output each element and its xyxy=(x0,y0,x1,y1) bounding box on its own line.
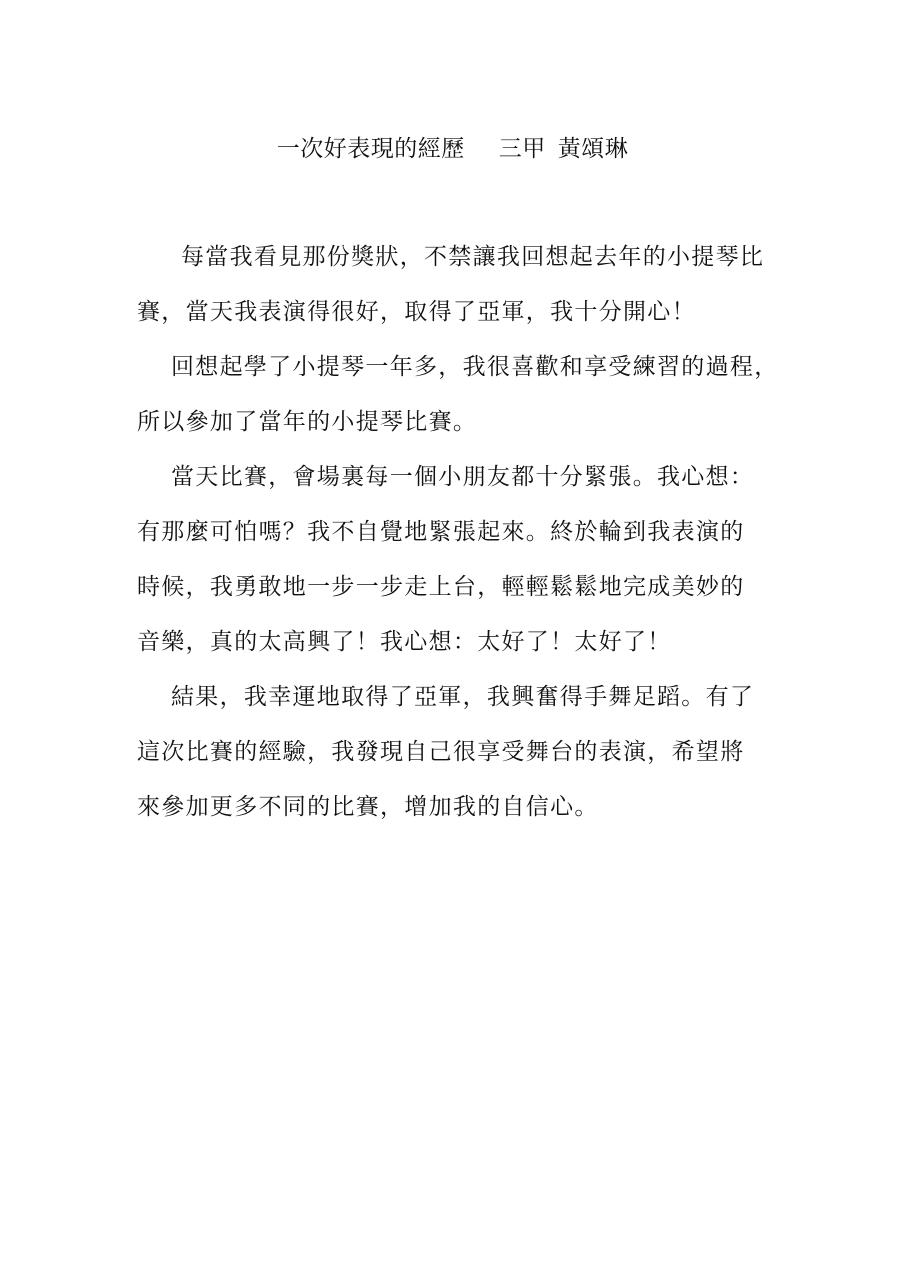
paragraph-line: 結果，我幸運地取得了亞軍，我興奮得手舞足蹈。有了 xyxy=(137,678,797,733)
paragraph-2: 回想起學了小提琴一年多，我很喜歡和享受練習的過程， 所以參加了當年的小提琴比賽。 xyxy=(137,348,797,458)
paragraph-3: 當天比賽，會場裏每一個小朋友都十分緊張。我心想： 有那麼可怕嗎？我不自覺地緊張起… xyxy=(137,458,797,678)
paragraph-line: 這次比賽的經驗，我發現自己很享受舞台的表演，希望將 xyxy=(137,733,797,788)
class-label: 三甲 xyxy=(499,136,546,162)
paragraph-line: 來參加更多不同的比賽，增加我的自信心。 xyxy=(137,788,797,843)
paragraph-4: 結果，我幸運地取得了亞軍，我興奮得手舞足蹈。有了 這次比賽的經驗，我發現自己很享… xyxy=(137,678,797,843)
paragraph-line: 所以參加了當年的小提琴比賽。 xyxy=(137,403,797,458)
document-page: 一次好表現的經歷三甲黃頌琳 每當我看見那份獎狀，不禁讓我回想起去年的小提琴比 賽… xyxy=(0,0,905,1280)
paragraph-1: 每當我看見那份獎狀，不禁讓我回想起去年的小提琴比 賽，當天我表演得很好，取得了亞… xyxy=(137,238,797,348)
paragraph-line: 當天比賽，會場裏每一個小朋友都十分緊張。我心想： xyxy=(137,458,797,513)
paragraph-line: 有那麼可怕嗎？我不自覺地緊張起來。終於輪到我表演的 xyxy=(137,513,797,568)
author-name: 黃頌琳 xyxy=(558,136,629,162)
paragraph-line: 時候，我勇敢地一步一步走上台，輕輕鬆鬆地完成美妙的 xyxy=(137,568,797,623)
essay-title: 一次好表現的經歷 xyxy=(277,136,465,162)
paragraph-line: 每當我看見那份獎狀，不禁讓我回想起去年的小提琴比 xyxy=(137,238,797,293)
paragraph-line: 音樂，真的太高興了！我心想：太好了！太好了！ xyxy=(137,623,797,678)
paragraph-line: 賽，當天我表演得很好，取得了亞軍，我十分開心！ xyxy=(137,293,797,348)
document-title: 一次好表現的經歷三甲黃頌琳 xyxy=(0,133,905,165)
paragraph-line: 回想起學了小提琴一年多，我很喜歡和享受練習的過程， xyxy=(137,348,797,403)
essay-body: 每當我看見那份獎狀，不禁讓我回想起去年的小提琴比 賽，當天我表演得很好，取得了亞… xyxy=(137,238,797,843)
